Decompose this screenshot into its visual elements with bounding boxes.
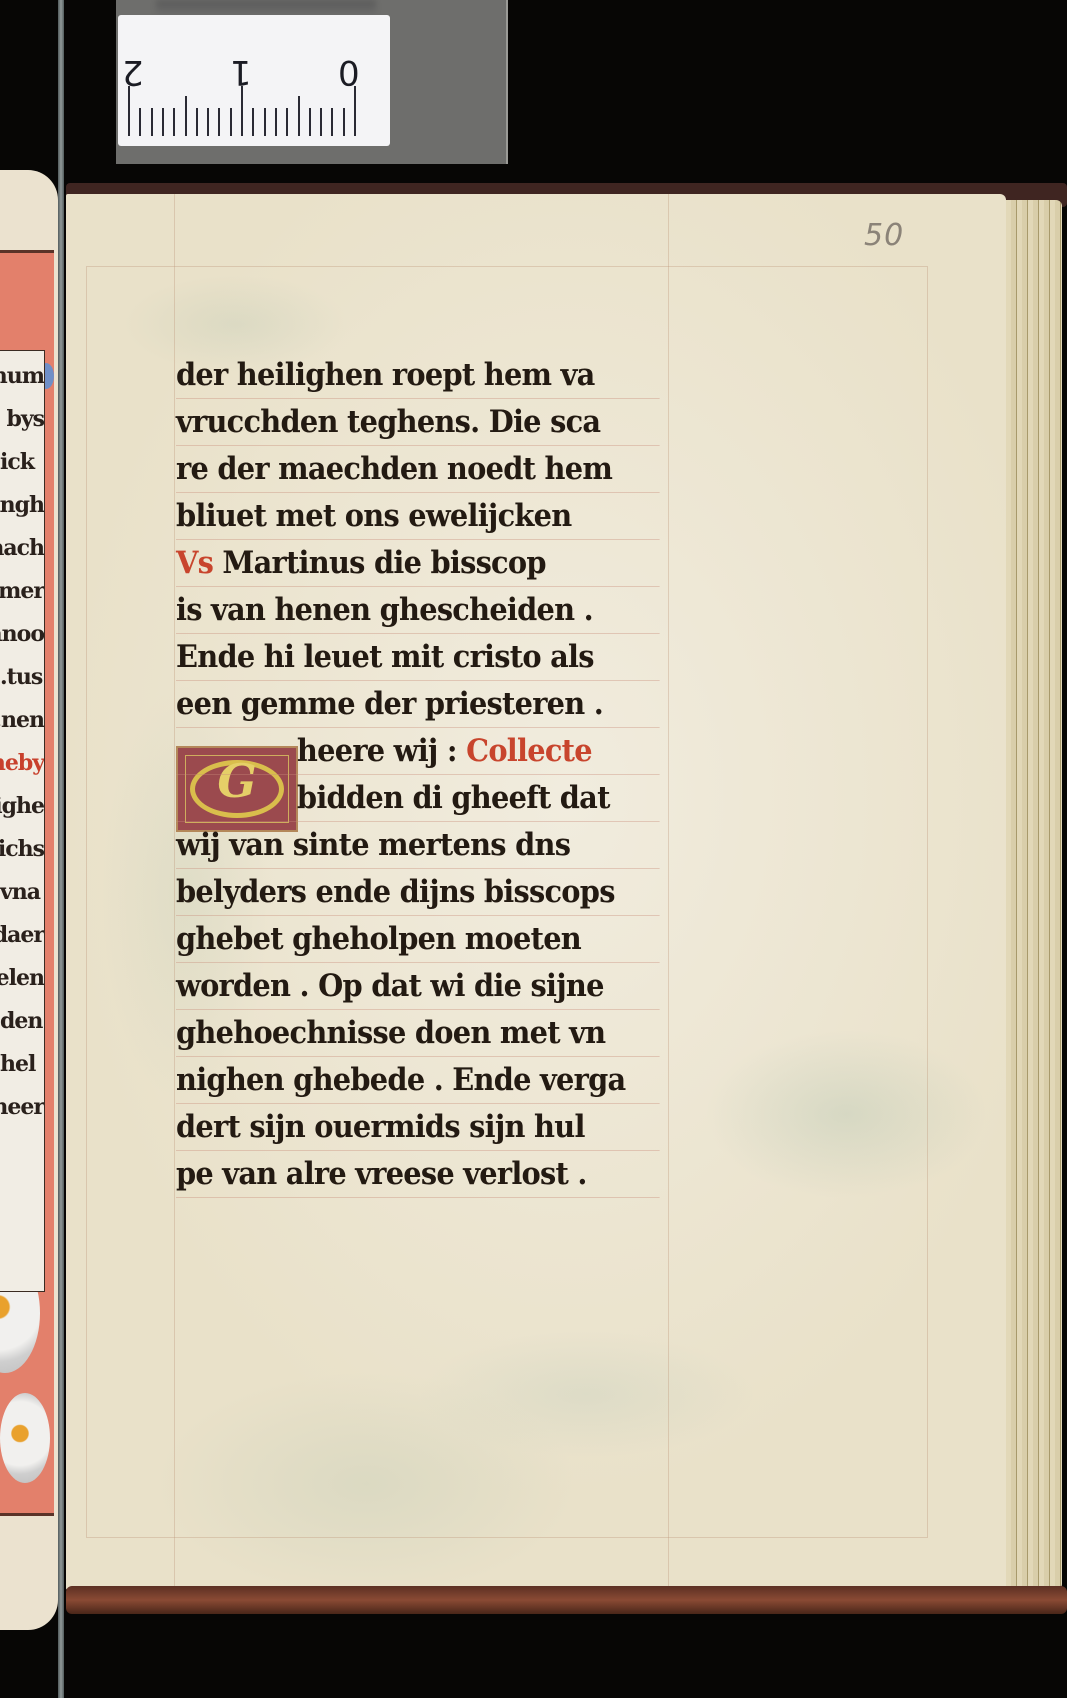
line-text: der heilighen roept hem va [176,357,595,393]
manuscript-line: heere wij : Collecte [176,728,660,775]
line-text: bidden di gheeft dat [297,780,610,816]
line-text: belyders ende dijns bisscops [176,874,615,910]
text-block: der heilighen roept hem vavrucchden tegh… [176,352,696,1198]
white-rose-icon [0,1393,50,1483]
ruler-tick [139,108,141,136]
ruler-label-1: 1 [230,55,252,89]
line-text: ghebet gheholpen moeten [176,921,581,957]
manuscript-page-recto: 50 G der heilighen roept hem vavrucchden… [66,194,1006,1590]
folio-number: 50 [864,218,904,253]
rubric-text: Vs [176,545,213,581]
facing-text-column: numc bysickdinghmachimerhnootus.nen.gheb… [0,350,45,1292]
manuscript-line: nighen ghebede . Ende verga [176,1057,660,1104]
facing-line-fragment: heer [0,1084,44,1130]
manuscript-line: pe van alre vreese verlost . [176,1151,660,1198]
facing-line-fragment: num [0,353,44,399]
page-edges [1000,200,1062,1590]
facing-line-fragment: imer [0,568,44,614]
line-text: nighen ghebede . Ende verga [176,1062,625,1098]
facing-line-fragment: daer [0,912,44,958]
line-text: worden . Op dat wi die sijne [176,968,604,1004]
ruler-tick [264,108,266,136]
line-text: heere wij : [297,733,466,769]
facing-line-fragment: hnoo [0,611,44,657]
manuscript-line: ghebet gheholpen moeten [176,916,660,963]
ruler-tick [162,108,164,136]
rubric-collecte: Collecte [466,733,592,769]
ruler-tick [275,108,277,136]
line-text: re der maechden noedt hem [176,451,612,487]
ruler-tick [331,108,333,136]
binding-bottom [66,1586,1067,1614]
glass-plate-edge [58,0,64,1698]
manuscript-line: Vs Martinus die bisscop [176,540,660,587]
ruler-tick [173,108,175,136]
facing-line-fragment: den [0,998,44,1044]
ruler-tick [320,108,322,136]
manuscript-line: is van henen ghescheiden . [176,587,660,634]
ruler-tick [343,108,345,136]
ruler-label-2: 2 [122,55,144,89]
line-text: wij van sinte mertens dns [176,827,570,863]
manuscript-line: een gemme der priesteren . [176,681,660,728]
ruler-tick [151,108,153,136]
line-text: Ende hi leuet mit cristo als [176,639,594,675]
line-text: bliuet met ons ewelijcken [176,498,571,534]
ruler-tick [207,108,209,136]
line-text: een gemme der priesteren . [176,686,603,722]
scale-card: 2 1 0 [116,0,508,164]
ruler-label-0: 0 [338,55,360,89]
facing-line-fragment: ick [0,439,44,485]
manuscript-line: bliuet met ons ewelijcken [176,493,660,540]
facing-line-fragment: nen. [0,697,44,743]
facing-line-fragment: ichs. [0,826,44,872]
line-text: pe van alre vreese verlost . [176,1156,587,1192]
line-text: Martinus die bisscop [213,545,546,581]
facing-line-fragment: mach [0,525,44,571]
ruler-tick [354,86,356,136]
manuscript-line: vrucchden teghens. Die sca [176,399,660,446]
manuscript-line: wij van sinte mertens dns [176,822,660,869]
ruler-tick [286,108,288,136]
manuscript-line: belyders ende dijns bisscops [176,869,660,916]
facing-line-fragment: c bys [0,396,44,442]
ruler-tick [252,108,254,136]
facing-line-fragment: vna [0,869,44,915]
line-text: vrucchden teghens. Die sca [176,404,600,440]
ruler-tick [298,96,300,136]
ruler-tick [185,96,187,136]
ruler-tick [230,108,232,136]
manuscript-line: bidden di gheeft dat [176,775,660,822]
facing-line-fragment: dingh [0,482,44,528]
scale-ruler: 2 1 0 [118,15,390,146]
line-text: is van henen ghescheiden . [176,592,593,628]
manuscript-line: ghehoechnisse doen met vn [176,1010,660,1057]
facing-line-fragment: ighe [0,783,44,829]
ruler-tick [218,108,220,136]
manuscript-line: dert sijn ouermids sijn hul [176,1104,660,1151]
facing-line-fragment: gheby [0,740,44,786]
ruler-tick [196,108,198,136]
facing-page-verso: numc bysickdinghmachimerhnootus.nen.gheb… [0,170,58,1630]
line-text: dert sijn ouermids sijn hul [176,1109,585,1145]
facing-line-fragment: hel [0,1041,44,1087]
manuscript-line: Ende hi leuet mit cristo als [176,634,660,681]
manuscript-line: worden . Op dat wi die sijne [176,963,660,1010]
line-text: ghehoechnisse doen met vn [176,1015,605,1051]
facing-line-fragment: tus. [0,654,44,700]
manuscript-line: re der maechden noedt hem [176,446,660,493]
facing-line-fragment: elen [0,955,44,1001]
ruler-tick [241,86,243,136]
manuscript-line: der heilighen roept hem va [176,352,660,399]
ruler-tick [309,108,311,136]
ruler-tick [128,86,130,136]
